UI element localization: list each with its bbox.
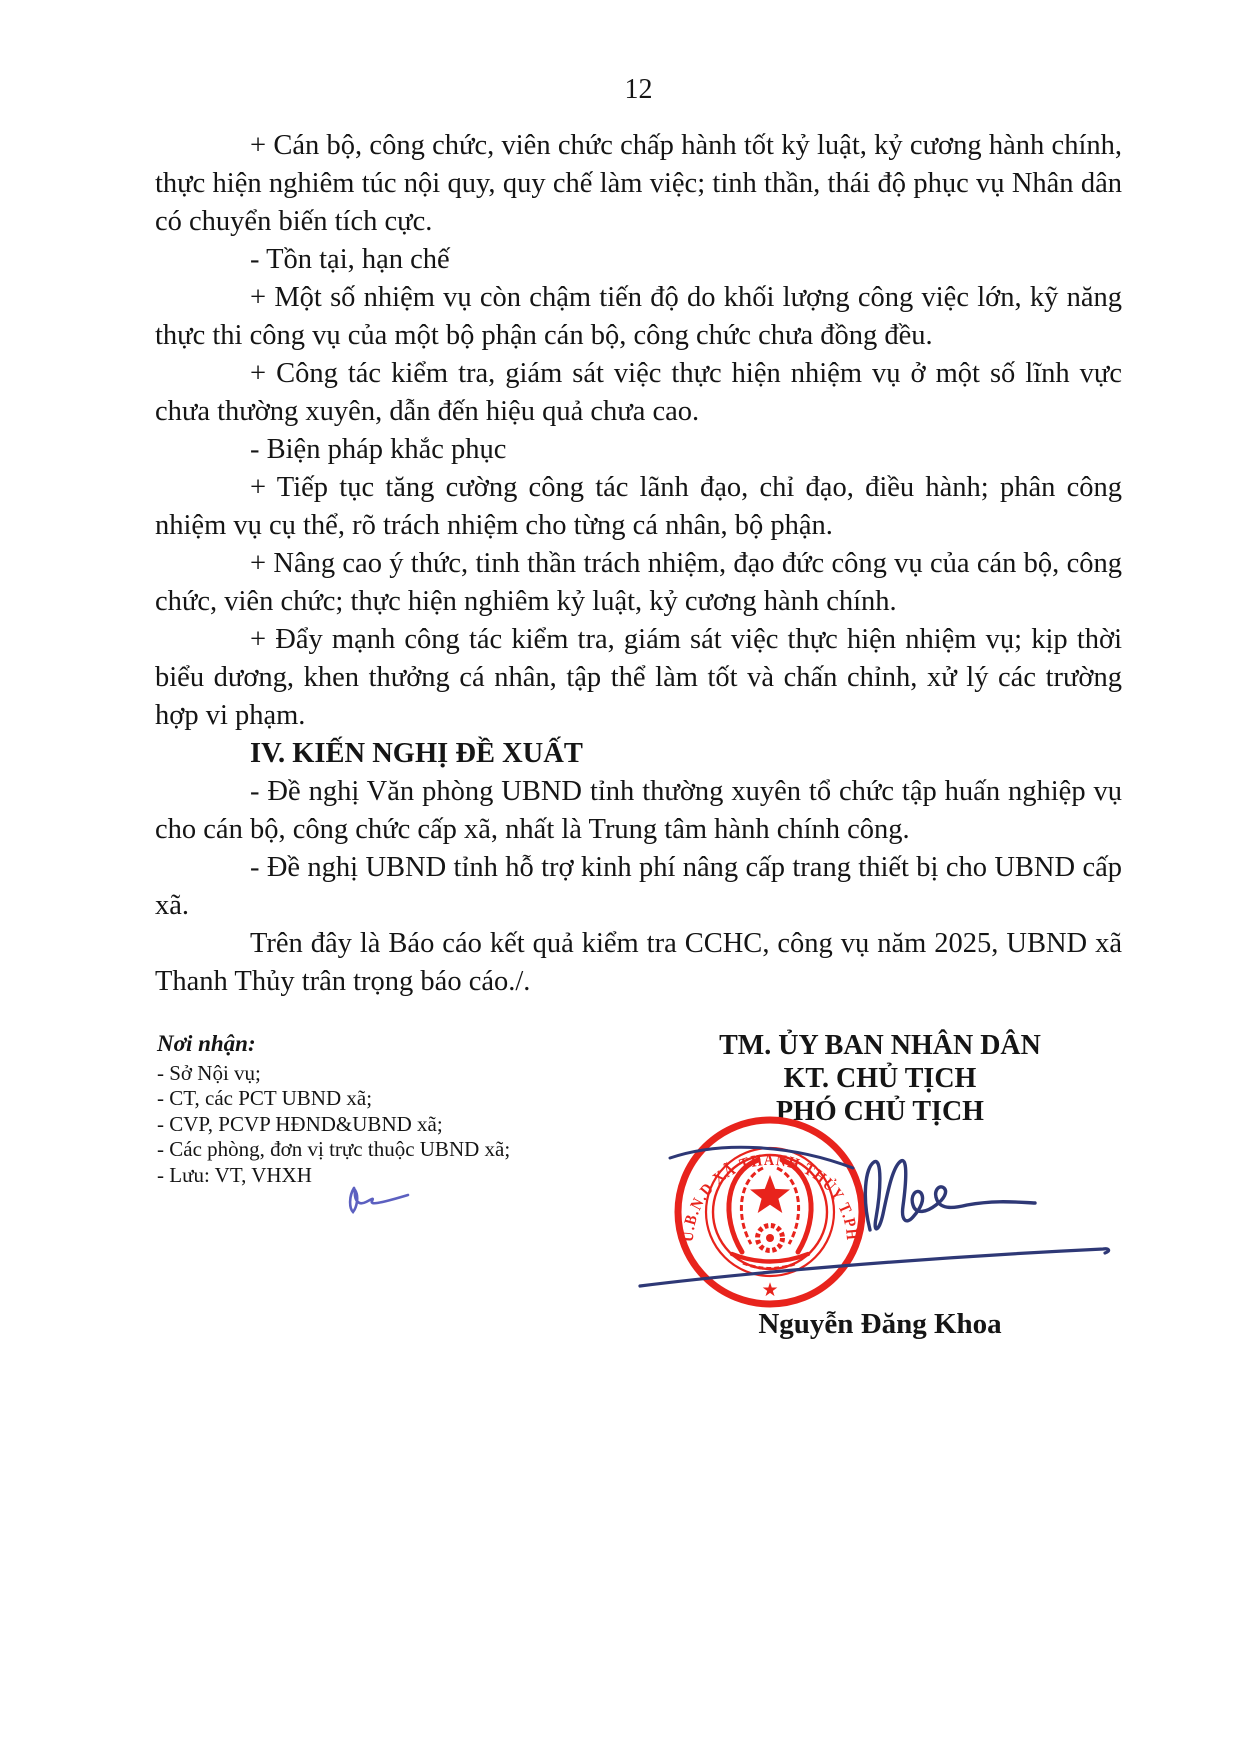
seal-bottom-star: ★ <box>761 1279 778 1301</box>
page-number: 12 <box>155 74 1122 106</box>
paragraph: + Đẩy mạnh công tác kiểm tra, giám sát v… <box>155 621 1122 735</box>
paragraph: + Một số nhiệm vụ còn chậm tiến độ do kh… <box>155 279 1122 355</box>
emblem-star-icon <box>750 1175 790 1213</box>
paragraph: - Đề nghị Văn phòng UBND tỉnh thường xuy… <box>155 773 1122 849</box>
document-page: 12 + Cán bộ, công chức, viên chức chấp h… <box>0 0 1241 1755</box>
authority-line: TM. ỦY BAN NHÂN DÂN <box>620 1029 1140 1062</box>
paragraph: + Công tác kiểm tra, giám sát việc thực … <box>155 355 1122 431</box>
paragraph: - Biện pháp khắc phục <box>155 431 1122 469</box>
paragraph: - Đề nghị UBND tỉnh hỗ trợ kinh phí nâng… <box>155 849 1122 925</box>
paragraph: + Cán bộ, công chức, viên chức chấp hành… <box>155 127 1122 241</box>
emblem-cog-hub <box>766 1234 774 1242</box>
initial-stroke <box>350 1188 408 1212</box>
emblem-ribbon-icon <box>732 1254 808 1262</box>
handwritten-signature <box>640 1147 1109 1286</box>
paragraph: + Tiếp tục tăng cường công tác lãnh đạo,… <box>155 469 1122 545</box>
recipient-item: - CVP, PCVP HĐND&UBND xã; <box>157 1112 510 1138</box>
paragraph: Trên đây là Báo cáo kết quả kiểm tra CCH… <box>155 925 1122 1001</box>
recipients-heading: Nơi nhận: <box>157 1031 510 1057</box>
recipient-item: - Lưu: VT, VHXH <box>157 1163 510 1189</box>
recipients-block: Nơi nhận: - Sở Nội vụ; - CT, các PCT UBN… <box>157 1031 510 1188</box>
paragraph: + Nâng cao ý thức, tinh thần trách nhiệm… <box>155 545 1122 621</box>
signature-scrawl-stroke <box>865 1161 1035 1230</box>
authority-line: KT. CHỦ TỊCH <box>620 1062 1140 1095</box>
paragraph: - Tồn tại, hạn chế <box>155 241 1122 279</box>
section-heading: IV. KIẾN NGHỊ ĐỀ XUẤT <box>155 735 1122 773</box>
recipient-item: - CT, các PCT UBND xã; <box>157 1086 510 1112</box>
seal-and-signature-art: U.B.N.D XÃ THANH THỦY T.PHÚ THỌ ★ <box>615 1098 1150 1323</box>
recipient-item: - Các phòng, đơn vị trực thuộc UBND xã; <box>157 1137 510 1163</box>
signer-name: Nguyễn Đăng Khoa <box>620 1308 1140 1341</box>
recipient-item: - Sở Nội vụ; <box>157 1061 510 1087</box>
document-body: + Cán bộ, công chức, viên chức chấp hành… <box>155 127 1122 1001</box>
clerk-initial-signature <box>344 1182 414 1222</box>
